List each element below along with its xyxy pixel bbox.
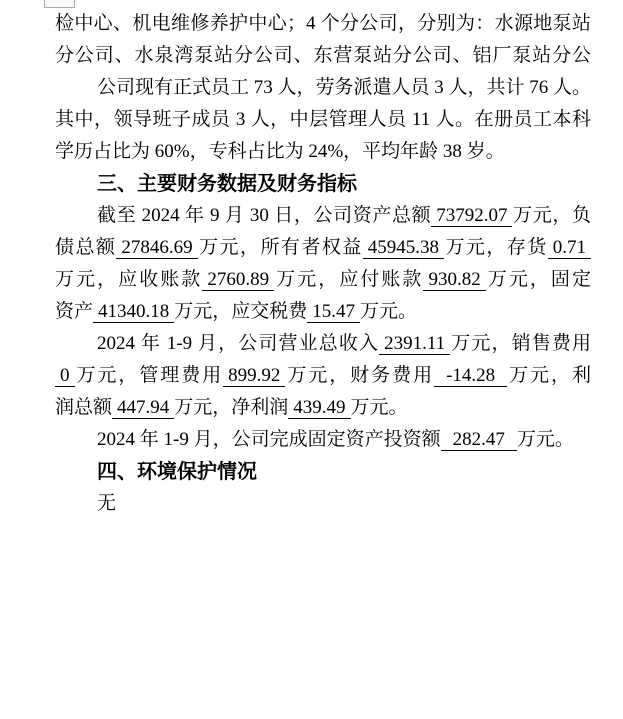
underlined-value: 282.47 [441,429,517,451]
text-run: 其中，领导班子成员 3 人，中层管理人员 11 人。在册员工本科 [55,109,591,130]
underlined-value: 0 [55,365,75,387]
text-run: 万元，所有者权益 [198,237,363,258]
text-run: 润总额 [55,397,112,418]
doc-line: 资产41340.18万元，应交税费15.47万元。 [55,296,591,328]
doc-line: 0万元，管理费用899.92万元，财务费用-14.28万元，利 [55,360,591,392]
text-run: 资产 [55,301,93,322]
text-run: 万元，应收账款 [55,269,202,290]
text-run: 万元。 [351,397,408,418]
text-run: 2024 年 1-9 月，公司营业总收入 [97,333,379,354]
text-run: 无 [97,493,116,514]
underlined-value: 2760.89 [202,269,274,291]
doc-line: 债总额27846.69万元，所有者权益45945.38万元，存货0.71 [55,232,591,264]
text-run: 万元，应交税费 [174,301,307,322]
underlined-value: 27846.69 [116,237,197,259]
text-run: 万元。 [517,429,574,450]
doc-line: 2024 年 1-9 月，公司营业总收入2391.11万元，销售费用 [55,328,591,360]
doc-line: 截至 2024 年 9 月 30 日，公司资产总额73792.07万元，负 [55,200,591,232]
underlined-value: 73792.07 [431,205,512,227]
doc-line: 其中，领导班子成员 3 人，中层管理人员 11 人。在册员工本科 [55,104,591,136]
text-run: 2024 年 1-9 月，公司完成固定资产投资额 [97,429,441,450]
text-run: 万元，销售费用 [450,333,591,354]
underlined-value: 15.47 [307,301,360,323]
text-run: 四、环境保护情况 [97,461,257,483]
underlined-value: 899.92 [223,365,285,387]
underlined-value: 45945.38 [363,237,444,259]
doc-line: 学历占比为 60%，专科占比为 24%，平均年龄 38 岁。 [55,136,591,168]
underlined-value: 41340.18 [93,301,174,323]
section-heading: 四、环境保护情况 [55,456,591,488]
text-run: 公司现有正式员工 73 人，劳务派遣人员 3 人，共计 76 人。 [97,77,591,98]
text-flow: 检中心、机电维修养护中心；4 个分公司，分别为：水源地泵站分公司、水泉湾泵站分公… [55,8,591,520]
text-run: 万元，存货 [444,237,548,258]
text-run: 万元，应付账款 [274,269,423,290]
text-run: 万元，负 [512,205,591,226]
text-run: 万元，固定 [486,269,591,290]
text-run: 万元，利 [507,365,591,386]
underlined-value: 930.82 [423,269,485,291]
text-run: 万元。 [360,301,417,322]
underlined-value: 0.71 [548,237,591,259]
text-run: 截至 2024 年 9 月 30 日，公司资产总额 [97,205,431,226]
doc-line: 润总额447.94万元，净利润439.49万元。 [55,392,591,424]
doc-line: 分公司、水泉湾泵站分公司、东营泵站分公司、铝厂泵站分公司。 [55,40,591,72]
underlined-value: -14.28 [434,365,507,387]
text-run: 万元，净利润 [174,397,288,418]
section-heading: 三、主要财务数据及财务指标 [55,168,591,200]
underlined-value: 439.49 [288,397,350,419]
text-run: 分公司、水泉湾泵站分公司、东营泵站分公司、铝厂泵站分公司。 [55,45,591,72]
page-break-artifact [44,0,75,8]
text-run: 三、主要财务数据及财务指标 [97,173,357,195]
text-run: 检中心、机电维修养护中心；4 个分公司，分别为：水源地泵站 [55,13,591,34]
document-page: 检中心、机电维修养护中心；4 个分公司，分别为：水源地泵站分公司、水泉湾泵站分公… [0,0,623,719]
doc-line: 公司现有正式员工 73 人，劳务派遣人员 3 人，共计 76 人。 [55,72,591,104]
doc-line: 万元，应收账款2760.89万元，应付账款930.82万元，固定 [55,264,591,296]
text-run: 学历占比为 60%，专科占比为 24%，平均年龄 38 岁。 [55,141,505,162]
underlined-value: 2391.11 [379,333,450,355]
text-run: 万元，管理费用 [75,365,224,386]
text-run: 万元，财务费用 [285,365,434,386]
doc-line: 检中心、机电维修养护中心；4 个分公司，分别为：水源地泵站 [55,8,591,40]
doc-line: 2024 年 1-9 月，公司完成固定资产投资额282.47万元。 [55,424,591,456]
text-run: 债总额 [55,237,116,258]
underlined-value: 447.94 [112,397,174,419]
doc-line: 无 [55,488,591,520]
